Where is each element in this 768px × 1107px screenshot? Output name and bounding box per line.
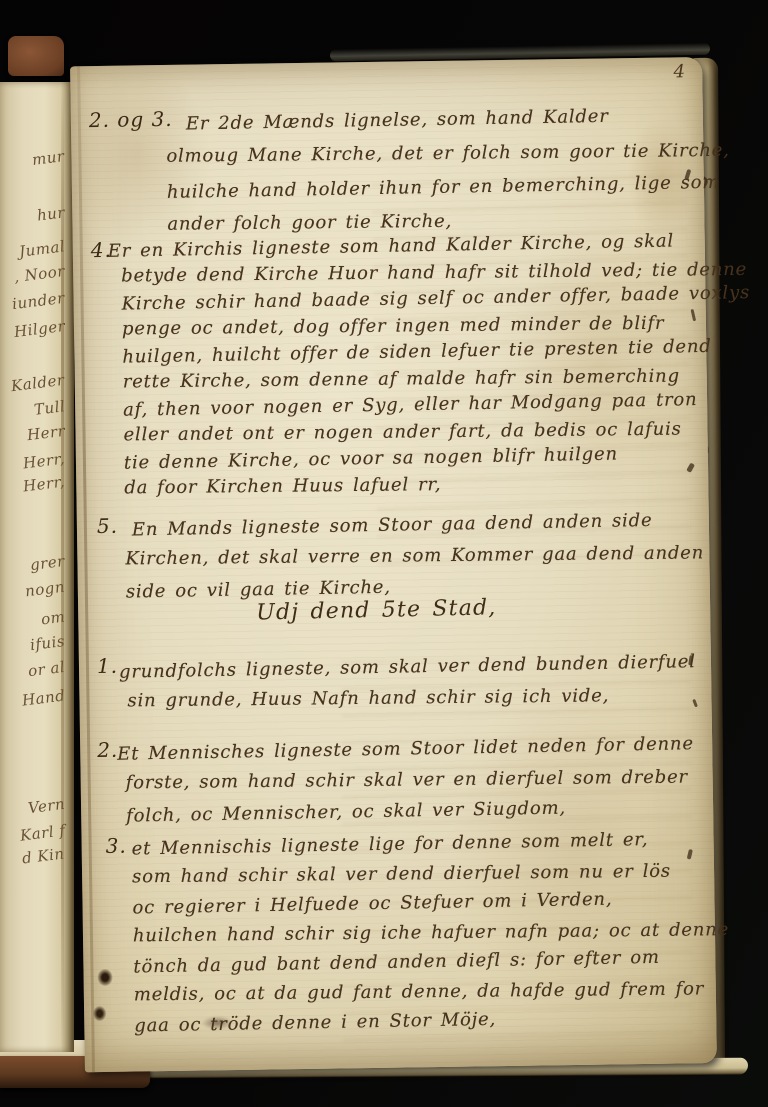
margin-text-fragment: om (40, 608, 66, 629)
margin-text-fragment: grer (29, 552, 66, 574)
paper-hole (97, 969, 112, 986)
paragraph-5: 5. En Mands ligneste som Stoor gaa dend … (125, 505, 674, 606)
ink-bleed-mark (691, 309, 697, 321)
margin-text-fragment: Herr, (22, 450, 66, 473)
ink-bleed-mark (687, 849, 693, 860)
margin-text-fragment: or al (27, 658, 66, 680)
margin-text-fragment: Hand (21, 686, 66, 709)
paragraph-1-section5: 1. grundfolchs ligneste, som skal ver de… (127, 647, 676, 717)
margin-text-fragment: mur (31, 147, 66, 169)
paper-hole (93, 1006, 106, 1021)
margin-text-fragment: Jumal (18, 237, 66, 260)
ink-bleed-mark (692, 699, 698, 708)
handwritten-line: sin grunde, Huus Nafn hand schir sig ich… (127, 680, 675, 717)
paragraph-4: 4. Er en Kirchis ligneste som hand Kalde… (121, 230, 673, 503)
paragraph-marker: 2. (97, 738, 118, 762)
margin-text-fragment: iunder (11, 289, 66, 313)
paragraph-3-section5: 3. et Mennischis ligneste lige for denne… (131, 825, 682, 1040)
margin-text-fragment: Herr (26, 422, 66, 445)
paragraph-2-and-3: 2. og 3. Er 2de Mænds lignelse, som hand… (166, 99, 716, 243)
ink-bleed-mark (686, 463, 695, 473)
margin-text-fragment: Tull (33, 397, 66, 419)
margin-text-fragment: Herr, (22, 473, 66, 496)
section-heading: Udj dend 5te Stad, (256, 595, 497, 625)
previous-page-edge: mur hur Jumal , Noor iunder Hilger Kalde… (0, 82, 74, 1052)
manuscript-page: 4 2. og 3. Er 2de Mænds lignelse, som ha… (70, 57, 717, 1072)
handwritten-line: da foor Kirchen Huus lafuel rr, (124, 469, 672, 501)
margin-text-fragment: Vern (27, 795, 66, 817)
paragraph-marker: 3. (105, 834, 126, 858)
paragraph-2-section5: 2. Et Mennisches ligneste som Stoor lide… (125, 730, 674, 831)
paragraph-marker: 1. (97, 654, 118, 678)
margin-text-fragment: Kalder (10, 371, 65, 395)
margin-text-fragment: hur (36, 203, 66, 224)
paragraph-marker: 2. og 3. (89, 107, 173, 132)
margin-text-fragment: Hilger (13, 317, 66, 341)
book-spine-top (8, 36, 64, 76)
margin-text-fragment: , Noor (13, 262, 66, 286)
paragraph-marker: 5. (97, 514, 118, 538)
margin-text-fragment: Karl f (19, 821, 66, 844)
margin-text-fragment: d Kin (22, 844, 66, 867)
scanner-background: mur hur Jumal , Noor iunder Hilger Kalde… (0, 0, 768, 1107)
margin-text-fragment: nogn (24, 578, 66, 601)
page-number: 4 (664, 61, 694, 82)
margin-text-fragment: ifuis (29, 632, 66, 654)
